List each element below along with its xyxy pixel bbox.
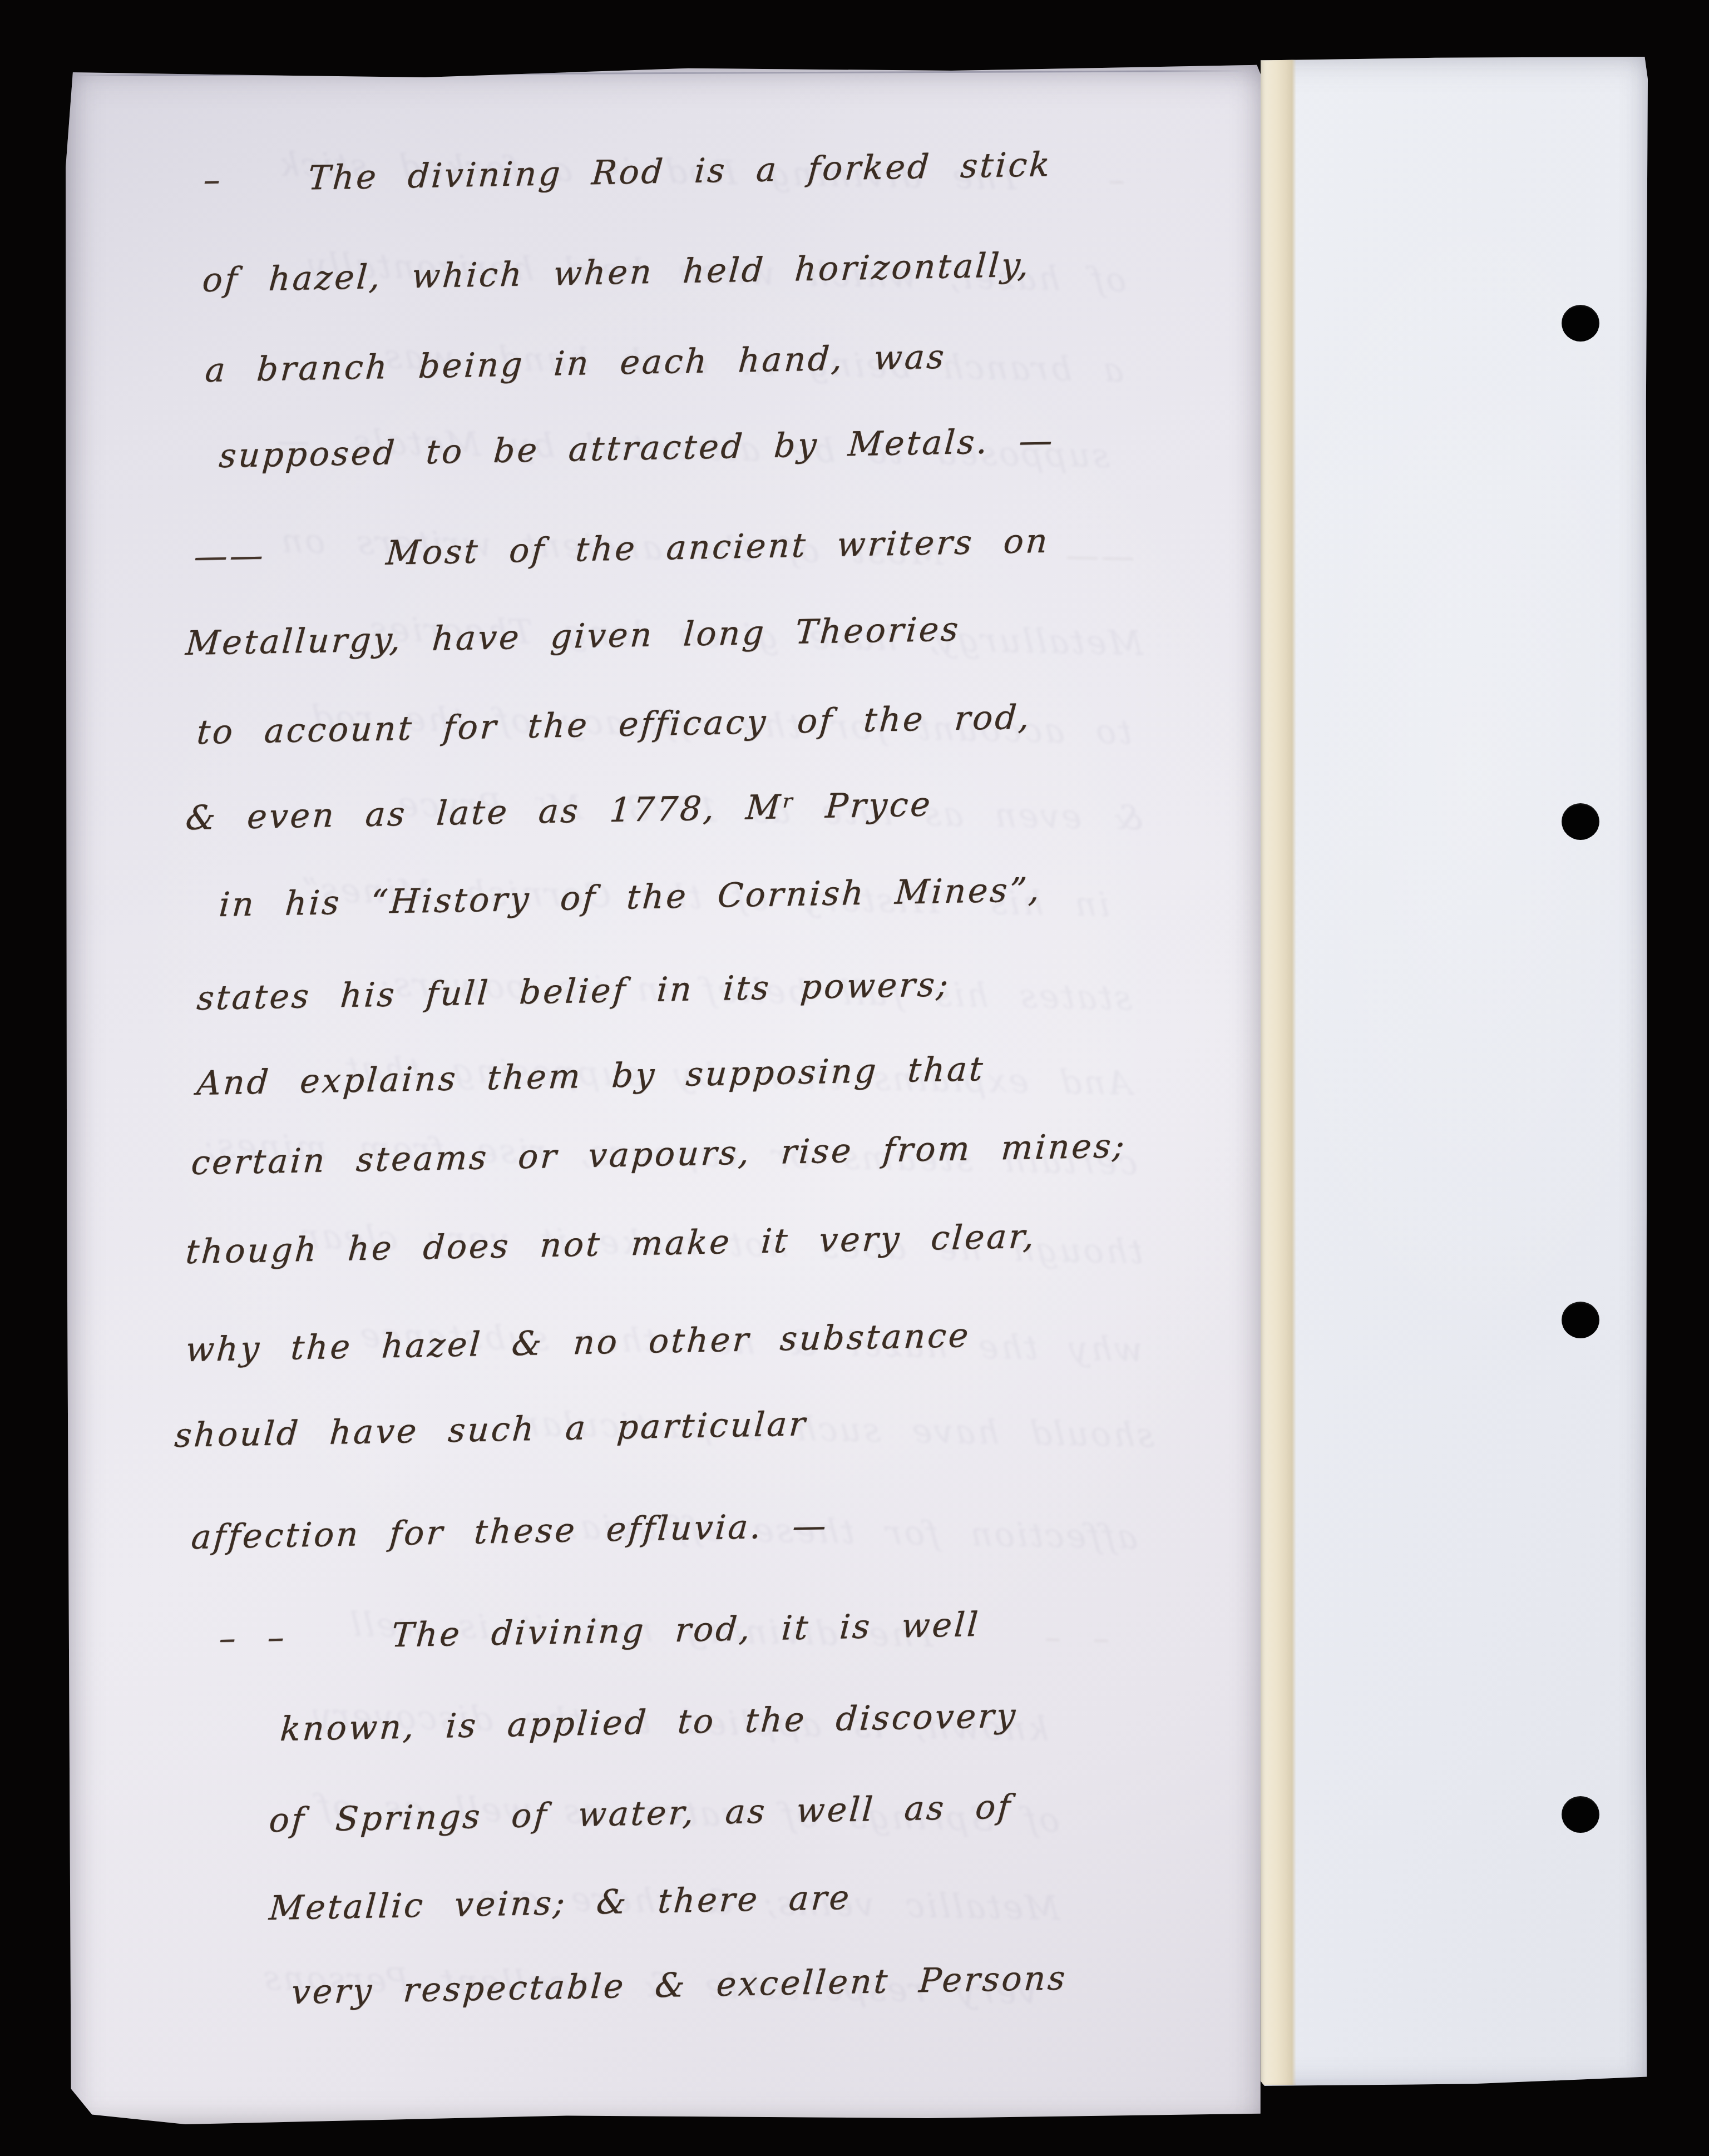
manuscript-line-15: should have such a particular bbox=[172, 1393, 809, 1467]
manuscript-line-21: very respectable & excellent Persons bbox=[289, 1947, 1069, 2024]
manuscript-line-text: states his full belief in its powers; bbox=[195, 965, 951, 1018]
punch-hole-2 bbox=[1562, 803, 1599, 840]
paragraph-dash: – bbox=[201, 147, 310, 211]
manuscript-line-text: & even as late as 1778, Mʳ Pryce bbox=[184, 785, 933, 838]
manuscript-line-text: though he does not make it very clear, bbox=[184, 1217, 1038, 1272]
manuscript-line-2: of hazel, which when held horizontally, bbox=[200, 234, 1033, 311]
paragraph-dash: – – bbox=[217, 1604, 394, 1670]
manuscript-line-4: supposed to be attracted by Metals. — bbox=[217, 409, 1056, 487]
manuscript-line-18: known, is applied to the discovery bbox=[278, 1685, 1020, 1761]
manuscript-line-text: Metallurgy, have given long Theories bbox=[184, 610, 961, 663]
manuscript-line-text: of Springs of water, as well as of bbox=[268, 1787, 1014, 1840]
photo-background: –The divining Rod is a forked stickof ha… bbox=[0, 0, 1709, 2156]
manuscript-line-text: to account for the efficacy of the rod, bbox=[195, 698, 1033, 752]
paragraph-dash: —— bbox=[192, 522, 388, 588]
manuscript-line-text: The divining Rod is a forked stick bbox=[307, 145, 1053, 198]
page-top-rule bbox=[73, 70, 1246, 76]
manuscript-line-text: certain steams or vapours, rise from min… bbox=[190, 1126, 1128, 1183]
manuscript-line-13: though he does not make it very clear, bbox=[184, 1205, 1038, 1283]
manuscript-line-text: very respectable & excellent Persons bbox=[290, 1959, 1068, 2012]
manuscript-line-1: –The divining Rod is a forked stick bbox=[201, 133, 1054, 211]
manuscript-line-17: – –The divining rod, it is well bbox=[217, 1594, 982, 1670]
manuscript-line-6: Metallurgy, have given long Theories bbox=[184, 598, 962, 675]
manuscript-line-text: And explains them by supposing that bbox=[195, 1050, 986, 1103]
manuscript-line-7: to account for the efficacy of the rod, bbox=[195, 686, 1034, 764]
manuscript-line-text: known, is applied to the discovery bbox=[279, 1697, 1019, 1749]
manuscript-line-text: why the hazel & no other substance bbox=[184, 1316, 971, 1369]
manuscript-line-19: of Springs of water, as well as of bbox=[267, 1776, 1015, 1852]
manuscript-line-text: a branch being in each hand, was bbox=[204, 337, 947, 390]
manuscript-line-12: certain steams or vapours, rise from min… bbox=[189, 1115, 1129, 1194]
blank-sheet bbox=[1261, 57, 1648, 2086]
punch-hole-1 bbox=[1562, 305, 1599, 342]
manuscript-line-3: a branch being in each hand, was bbox=[203, 325, 948, 402]
manuscript-line-text: Metallic veins; & there are bbox=[268, 1878, 852, 1928]
manuscript-line-10: states his full belief in its powers; bbox=[195, 953, 952, 1030]
manuscript-line-text: Most of the ancient writers on bbox=[384, 522, 1051, 573]
manuscript-line-11: And explains them by supposing that bbox=[195, 1038, 987, 1115]
manuscript-line-16: affection for these effluvia. — bbox=[189, 1495, 830, 1569]
manuscript-line-5: ——Most of the ancient writers on bbox=[192, 510, 1051, 588]
manuscript-line-text: of hazel, which when held horizontally, bbox=[201, 246, 1032, 300]
punch-hole-4 bbox=[1562, 1796, 1599, 1833]
sheet-edge-strip bbox=[1261, 59, 1296, 2085]
manuscript-line-8: & even as late as 1778, Mʳ Pryce bbox=[184, 773, 935, 849]
punch-hole-3 bbox=[1562, 1302, 1599, 1338]
manuscript-line-20: Metallic veins; & there are bbox=[267, 1867, 853, 1940]
manuscript-line-14: why the hazel & no other substance bbox=[184, 1304, 972, 1381]
manuscript-line-text: The divining rod, it is well bbox=[390, 1605, 981, 1655]
manuscript-line-text: should have such a particular bbox=[173, 1405, 808, 1455]
manuscript-line-text: in his “History of the Cornish Mines”, bbox=[218, 871, 1043, 924]
manuscript-line-text: supposed to be attracted by Metals. — bbox=[218, 421, 1056, 476]
manuscript-page: –The divining Rod is a forked stickof ha… bbox=[66, 65, 1263, 2126]
manuscript-line-9: in his “History of the Cornish Mines”, bbox=[217, 859, 1044, 936]
manuscript-line-text: affection for these effluvia. — bbox=[190, 1506, 829, 1557]
